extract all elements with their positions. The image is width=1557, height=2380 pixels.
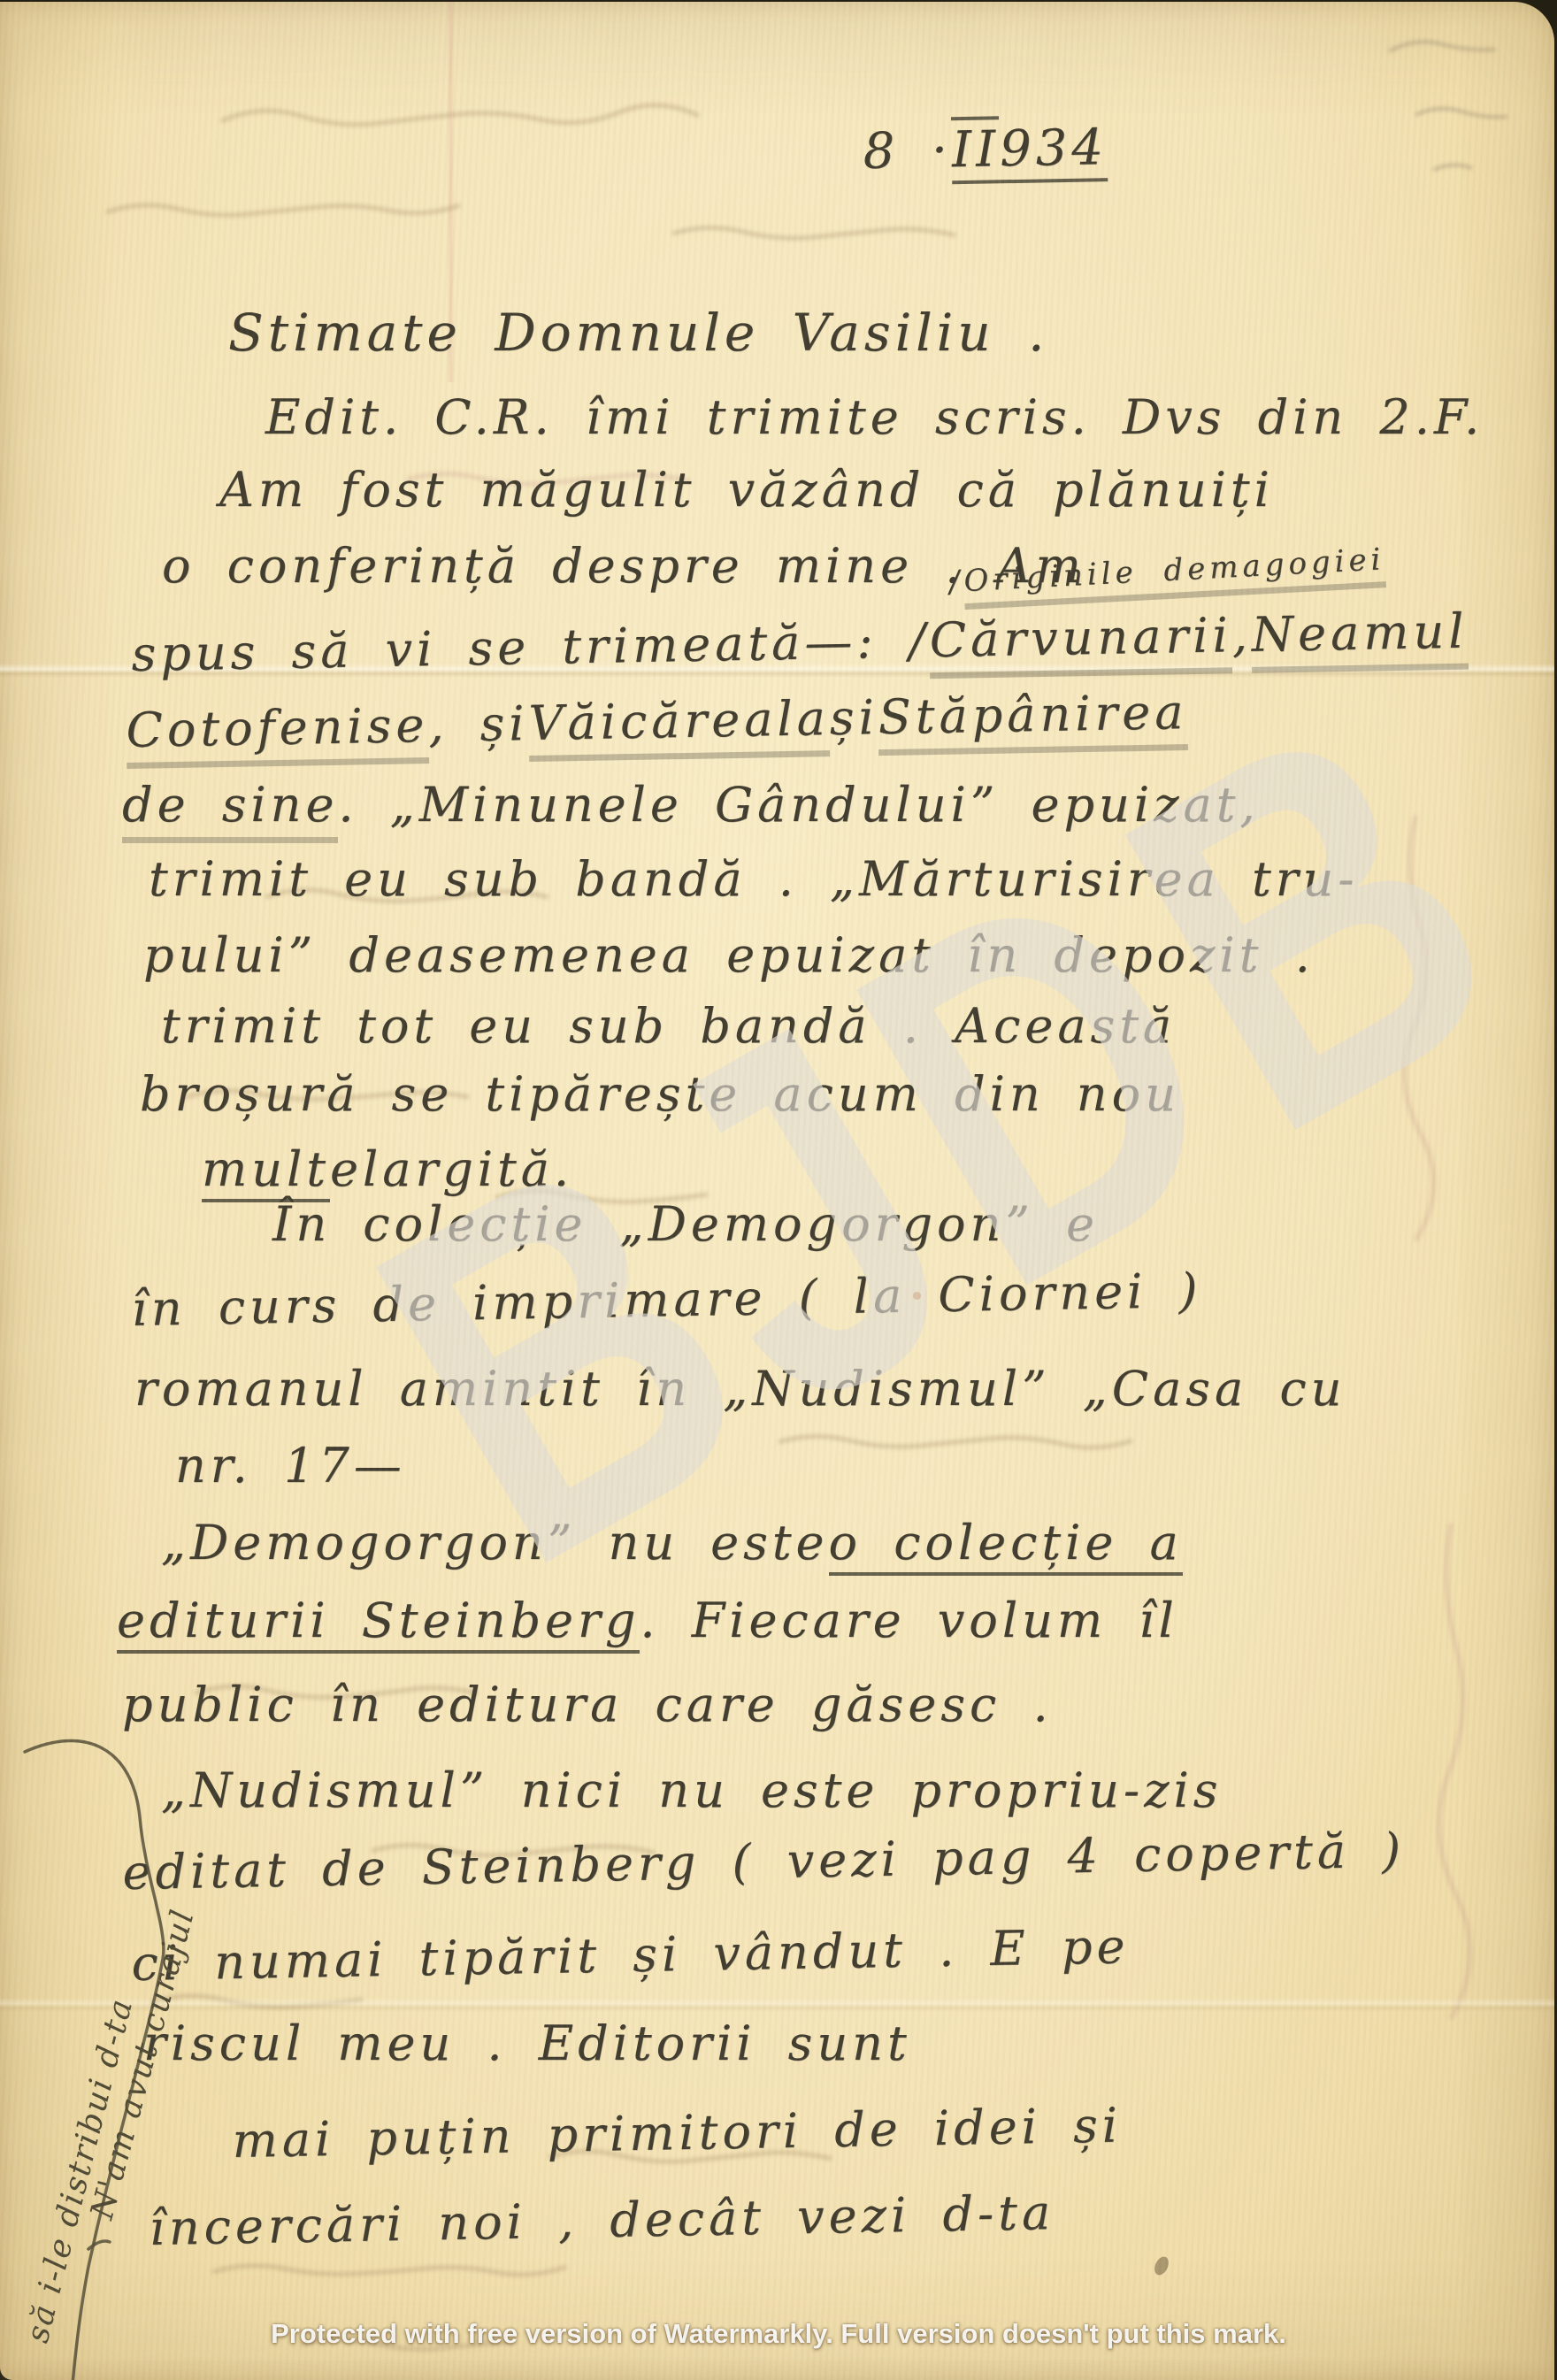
watermarkly-notice: Protected with free version of Watermark…: [0, 2318, 1557, 2350]
letter-page: 8 · II 934Stimate Domnule Vasiliu .Edit.…: [0, 2, 1554, 2380]
scan-background: { "letter": { "date": "8.II.934", "lines…: [0, 0, 1557, 2380]
